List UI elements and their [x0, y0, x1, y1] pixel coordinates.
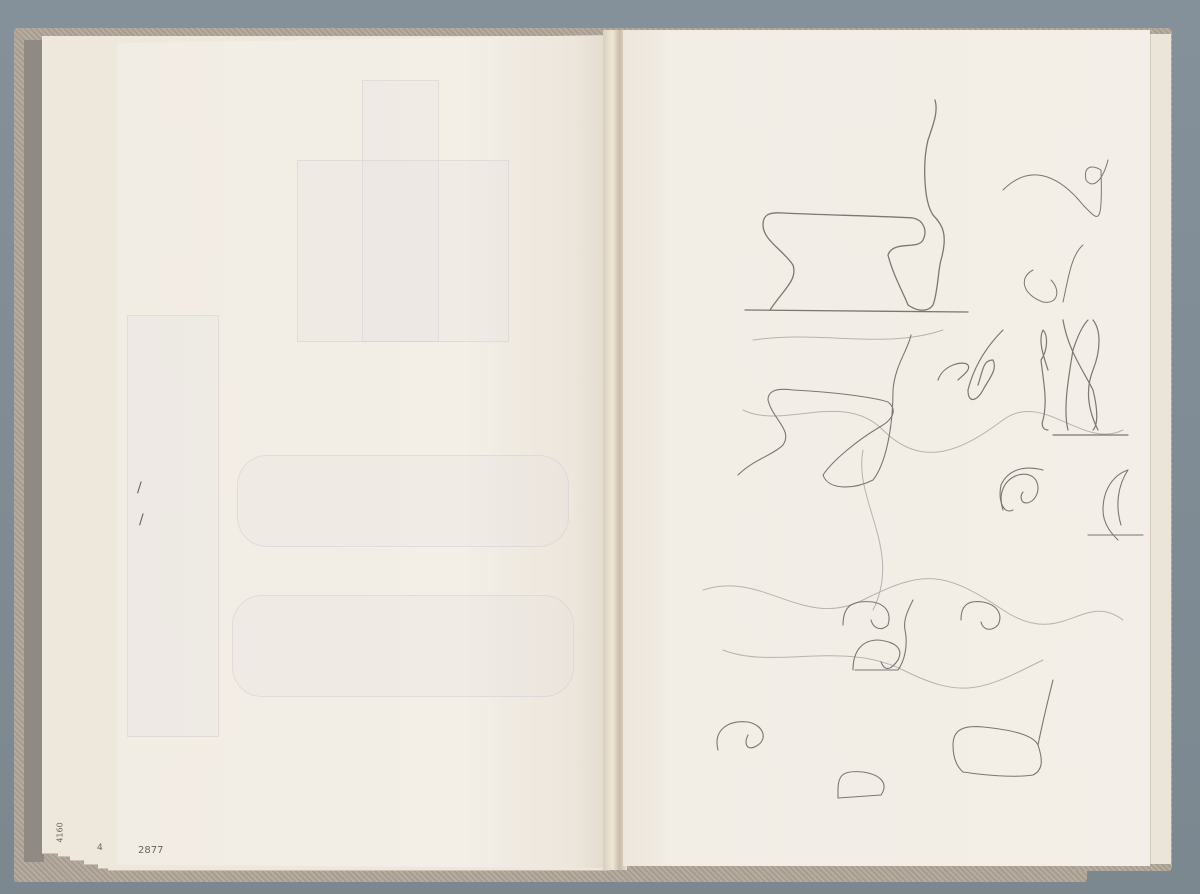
margin-mark: / [137, 480, 142, 496]
inner-cover-board [24, 40, 44, 862]
vertical-pencil-note: 4160 [56, 822, 65, 842]
leaf-number: 4 [97, 843, 103, 853]
faint-scribbles [703, 330, 1123, 688]
catalog-number: 2877 [138, 845, 163, 856]
right-page-stack-edge [1150, 34, 1171, 864]
margin-mark: / [139, 512, 144, 528]
show-through-shape [297, 160, 509, 342]
show-through-shape [237, 455, 569, 547]
show-through-shape [232, 595, 574, 697]
pencil-sketches [623, 30, 1150, 866]
left-page [117, 35, 612, 868]
